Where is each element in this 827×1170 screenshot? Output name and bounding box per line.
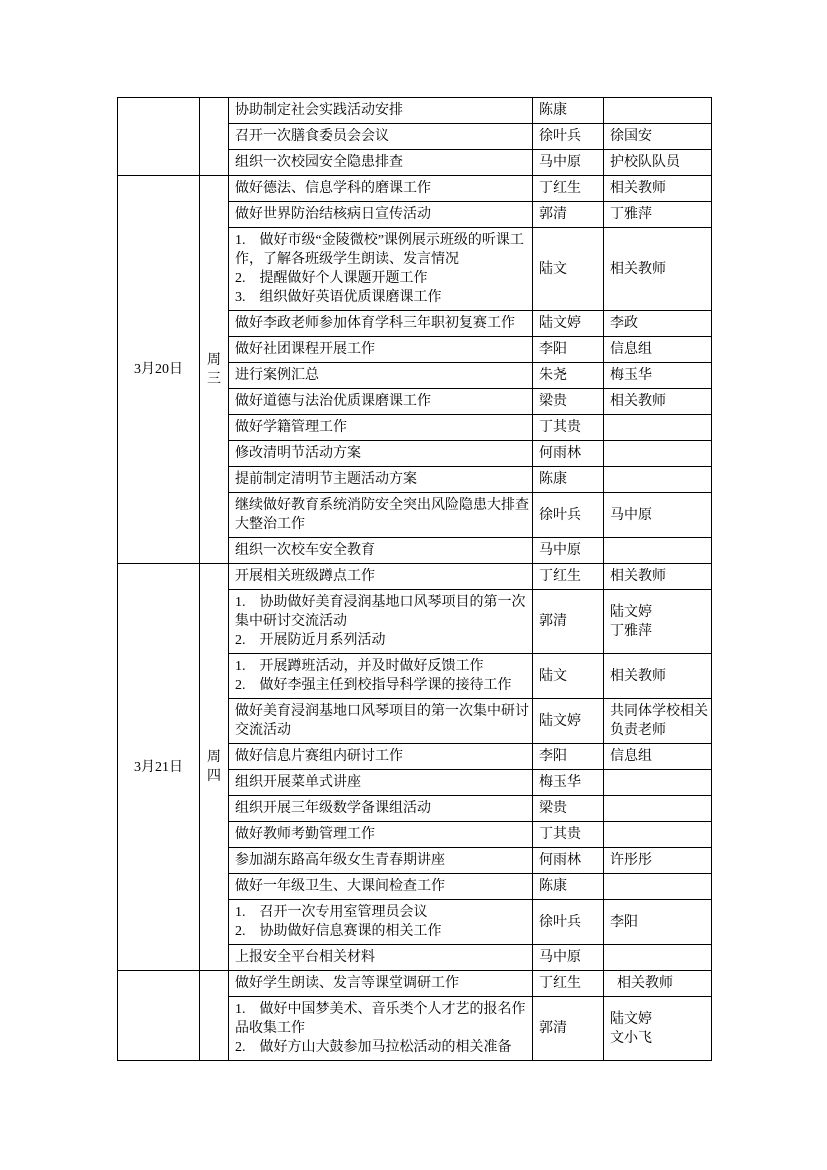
task-cell: 做好道德与法治优质课磨课工作 <box>229 389 533 415</box>
others-cell <box>604 441 712 467</box>
person-cell: 陈康 <box>533 874 604 900</box>
others-cell <box>604 98 712 124</box>
others-cell <box>604 770 712 796</box>
others-cell: 相关教师 <box>604 176 712 202</box>
person-cell: 陆文婷 <box>533 699 604 744</box>
task-cell: 1. 协助做好美育浸润基地口风琴项目的第一次集中研讨交流活动 2. 开展防近月系… <box>229 590 533 654</box>
person-cell: 李阳 <box>533 337 604 363</box>
person-cell: 陆文 <box>533 228 604 311</box>
person-cell: 何雨林 <box>533 441 604 467</box>
task-cell: 做好一年级卫生、大课间检查工作 <box>229 874 533 900</box>
others-cell: 李阳 <box>604 900 712 945</box>
task-cell: 1. 做好市级“金陵微校”课例展示班级的听课工作，了解各班级学生朗读、发言情况 … <box>229 228 533 311</box>
task-cell: 提前制定清明节主题活动方案 <box>229 467 533 493</box>
others-cell <box>604 874 712 900</box>
task-cell: 做好教师考勤管理工作 <box>229 822 533 848</box>
others-cell <box>604 945 712 971</box>
table-row: 3月21日周 四开展相关班级蹲点工作丁红生相关教师 <box>118 564 712 590</box>
weekday-cell <box>200 971 229 1061</box>
weekday-cell: 周 三 <box>200 176 229 564</box>
person-cell: 陆文 <box>533 654 604 699</box>
others-cell: 陆文婷 丁雅萍 <box>604 590 712 654</box>
others-cell: 梅玉华 <box>604 363 712 389</box>
others-cell: 信息组 <box>604 337 712 363</box>
task-cell: 召开一次膳食委员会会议 <box>229 124 533 150</box>
task-cell: 做好学籍管理工作 <box>229 415 533 441</box>
weekday-cell <box>200 98 229 176</box>
others-cell: 李政 <box>604 311 712 337</box>
person-cell: 梁贵 <box>533 389 604 415</box>
task-cell: 组织开展三年级数学备课组活动 <box>229 796 533 822</box>
others-cell: 共同体学校相关负责老师 <box>604 699 712 744</box>
person-cell: 陈康 <box>533 467 604 493</box>
weekday-cell: 周 四 <box>200 564 229 971</box>
date-cell: 3月21日 <box>118 564 200 971</box>
task-cell: 做好美育浸润基地口风琴项目的第一次集中研讨交流活动 <box>229 699 533 744</box>
person-cell: 丁红生 <box>533 971 604 997</box>
task-cell: 做好学生朗读、发言等课堂调研工作 <box>229 971 533 997</box>
task-cell: 协助制定社会实践活动安排 <box>229 98 533 124</box>
task-cell: 组织开展菜单式讲座 <box>229 770 533 796</box>
others-cell: 马中原 <box>604 493 712 538</box>
person-cell: 郭清 <box>533 590 604 654</box>
others-cell: 护校队队员 <box>604 150 712 176</box>
task-cell: 上报安全平台相关材料 <box>229 945 533 971</box>
date-cell <box>118 98 200 176</box>
others-cell: 丁雅萍 <box>604 202 712 228</box>
person-cell: 郭清 <box>533 202 604 228</box>
date-cell: 3月20日 <box>118 176 200 564</box>
table-row: 做好学生朗读、发言等课堂调研工作丁红生 相关教师 <box>118 971 712 997</box>
person-cell: 何雨林 <box>533 848 604 874</box>
task-cell: 做好世界防治结核病日宣传活动 <box>229 202 533 228</box>
person-cell: 徐叶兵 <box>533 900 604 945</box>
table-row: 协助制定社会实践活动安排陈康 <box>118 98 712 124</box>
person-cell: 梁贵 <box>533 796 604 822</box>
schedule-table-body: 协助制定社会实践活动安排陈康召开一次膳食委员会会议徐叶兵徐国安组织一次校园安全隐… <box>118 98 712 1061</box>
person-cell: 马中原 <box>533 150 604 176</box>
task-cell: 1. 做好中国梦美术、音乐类个人才艺的报名作品收集工作 2. 做好方山大鼓参加马… <box>229 997 533 1061</box>
person-cell: 马中原 <box>533 945 604 971</box>
task-cell: 做好德法、信息学科的磨课工作 <box>229 176 533 202</box>
task-cell: 做好李政老师参加体育学科三年职初复赛工作 <box>229 311 533 337</box>
others-cell: 相关教师 <box>604 228 712 311</box>
task-cell: 进行案例汇总 <box>229 363 533 389</box>
date-cell <box>118 971 200 1061</box>
person-cell: 丁其贵 <box>533 415 604 441</box>
person-cell: 陆文婷 <box>533 311 604 337</box>
task-cell: 继续做好教育系统消防安全突出风险隐患大排查大整治工作 <box>229 493 533 538</box>
others-cell: 陆文婷 文小飞 <box>604 997 712 1061</box>
others-cell: 徐国安 <box>604 124 712 150</box>
others-cell <box>604 538 712 564</box>
others-cell <box>604 467 712 493</box>
task-cell: 组织一次校车安全教育 <box>229 538 533 564</box>
person-cell: 马中原 <box>533 538 604 564</box>
task-cell: 开展相关班级蹲点工作 <box>229 564 533 590</box>
person-cell: 徐叶兵 <box>533 124 604 150</box>
others-cell: 信息组 <box>604 744 712 770</box>
person-cell: 朱尧 <box>533 363 604 389</box>
weekly-schedule-table: 协助制定社会实践活动安排陈康召开一次膳食委员会会议徐叶兵徐国安组织一次校园安全隐… <box>117 97 712 1061</box>
person-cell: 郭清 <box>533 997 604 1061</box>
others-cell <box>604 415 712 441</box>
person-cell: 丁其贵 <box>533 822 604 848</box>
person-cell: 李阳 <box>533 744 604 770</box>
others-cell: 相关教师 <box>604 564 712 590</box>
table-row: 3月20日周 三做好德法、信息学科的磨课工作丁红生相关教师 <box>118 176 712 202</box>
task-cell: 做好社团课程开展工作 <box>229 337 533 363</box>
document-page: 协助制定社会实践活动安排陈康召开一次膳食委员会会议徐叶兵徐国安组织一次校园安全隐… <box>0 0 827 1170</box>
person-cell: 梅玉华 <box>533 770 604 796</box>
task-cell: 修改清明节活动方案 <box>229 441 533 467</box>
person-cell: 丁红生 <box>533 176 604 202</box>
task-cell: 参加湖东路高年级女生青春期讲座 <box>229 848 533 874</box>
task-cell: 做好信息片赛组内研讨工作 <box>229 744 533 770</box>
task-cell: 1. 开展蹲班活动，并及时做好反馈工作 2. 做好李强主任到校指导科学课的接待工… <box>229 654 533 699</box>
others-cell: 相关教师 <box>604 971 712 997</box>
task-cell: 组织一次校园安全隐患排查 <box>229 150 533 176</box>
others-cell <box>604 822 712 848</box>
person-cell: 丁红生 <box>533 564 604 590</box>
others-cell: 相关教师 <box>604 389 712 415</box>
person-cell: 徐叶兵 <box>533 493 604 538</box>
others-cell: 相关教师 <box>604 654 712 699</box>
person-cell: 陈康 <box>533 98 604 124</box>
others-cell: 许彤彤 <box>604 848 712 874</box>
others-cell <box>604 796 712 822</box>
task-cell: 1. 召开一次专用室管理员会议 2. 协助做好信息赛课的相关工作 <box>229 900 533 945</box>
